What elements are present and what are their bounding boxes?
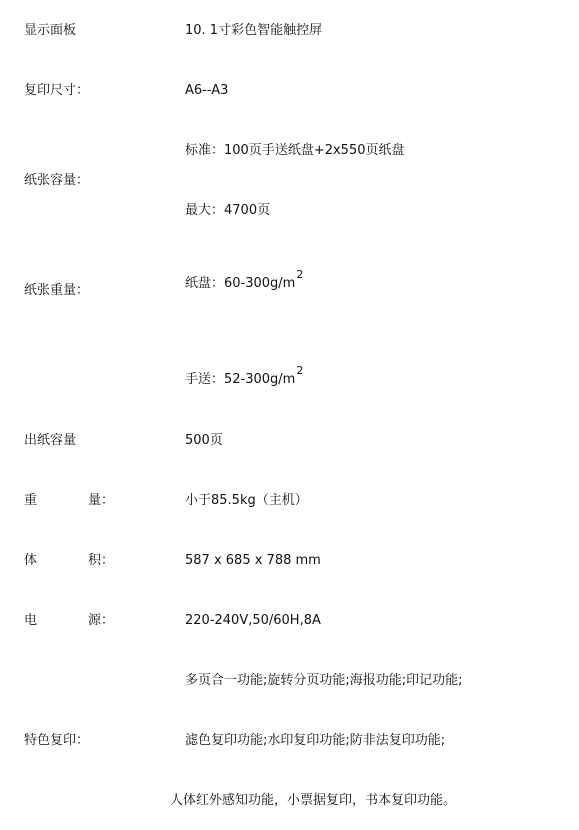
superscript: 2 xyxy=(296,364,303,377)
weight-label-a: 重 xyxy=(24,493,37,509)
power-label-a: 电 xyxy=(24,613,37,629)
volume-value: 587 x 685 x 788 mm xyxy=(185,553,321,569)
special-copy-label: 特色复印： xyxy=(24,733,89,749)
special-copy-line3: 人体红外感知功能，小票据复印，书本复印功能。 xyxy=(170,793,456,809)
paper-capacity-label: 纸张容量： xyxy=(24,173,89,189)
copy-size-label: 复印尺寸： xyxy=(24,83,89,99)
display-label: 显示面板 xyxy=(24,23,76,39)
paper-weight-label: 纸张重量： xyxy=(24,283,89,299)
volume-label-a: 体 xyxy=(24,553,37,569)
power-value: 220-240V,50/60H,8A xyxy=(185,613,321,629)
weight-label-b: 量： xyxy=(88,493,114,509)
superscript: 2 xyxy=(296,268,303,281)
paper-weight-manual-text: 手送：52-300g/m xyxy=(185,372,295,387)
paper-weight-manual: 手送：52-300g/m2 xyxy=(185,372,303,388)
paper-weight-tray-text: 纸盘：60-300g/m xyxy=(185,276,295,291)
paper-capacity-max: 最大：4700页 xyxy=(185,203,270,219)
special-copy-line1: 多页合一功能;旋转分页功能;海报功能;印记功能; xyxy=(185,673,463,689)
power-label-b: 源： xyxy=(88,613,114,629)
copy-size-value: A6--A3 xyxy=(185,83,228,99)
paper-capacity-standard: 标准：100页手送纸盘+2x550页纸盘 xyxy=(185,143,404,159)
display-value: 10. 1寸彩色智能触控屏 xyxy=(185,23,322,39)
weight-value: 小于85.5kg（主机） xyxy=(185,493,308,509)
output-capacity-label: 出纸容量 xyxy=(24,433,76,449)
paper-weight-tray: 纸盘：60-300g/m2 xyxy=(185,276,303,292)
volume-label-b: 积： xyxy=(88,553,114,569)
special-copy-line2: 滤色复印功能;水印复印功能;防非法复印功能; xyxy=(185,733,445,749)
output-capacity-value: 500页 xyxy=(185,433,223,449)
